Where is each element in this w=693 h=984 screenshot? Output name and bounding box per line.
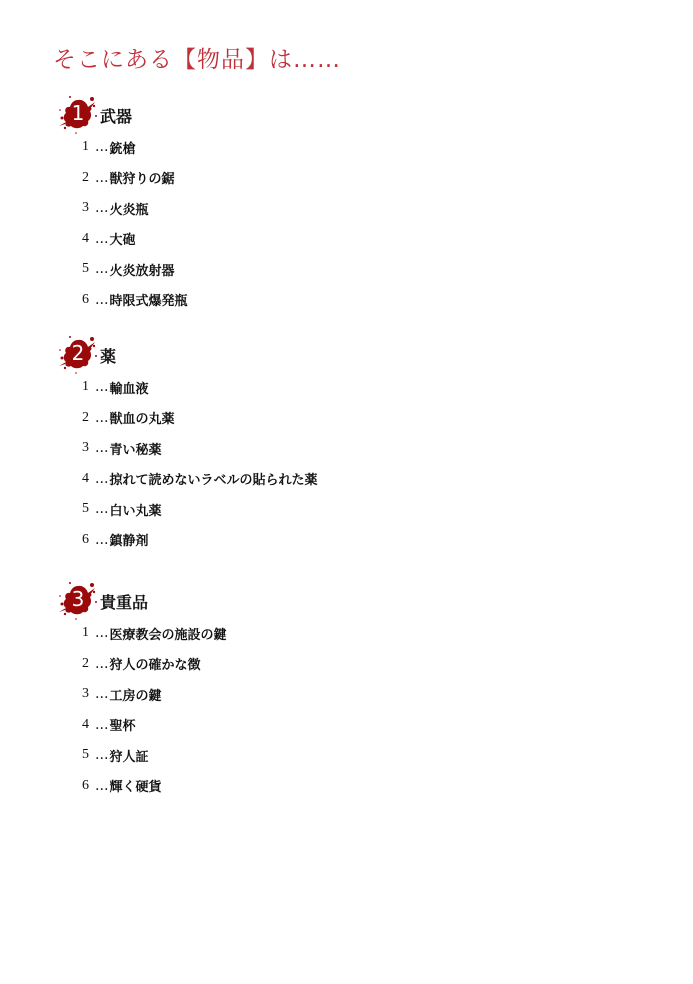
list-item: 1…銃槍 (82, 132, 188, 163)
ellipsis-separator: … (95, 261, 109, 277)
item-number: 2 (82, 410, 95, 426)
list-item: 6…時限式爆発瓶 (82, 285, 188, 316)
item-name: 獣血の丸薬 (110, 408, 175, 427)
item-number: 1 (82, 379, 95, 395)
list-item: 5…狩人証 (82, 740, 227, 771)
item-name: 獣狩りの鋸 (110, 168, 175, 187)
item-name: 輸血液 (110, 378, 149, 397)
blood-splatter-icon: 1 (56, 92, 100, 136)
item-name: 青い秘薬 (110, 439, 162, 458)
list-item: 6…輝く硬貨 (82, 771, 227, 802)
item-number: 1 (82, 625, 95, 641)
section-title: 武器 (100, 104, 132, 127)
list-item: 3…火炎瓶 (82, 193, 188, 224)
ellipsis-separator: … (95, 686, 109, 702)
list-item: 2…獣血の丸薬 (82, 403, 318, 434)
item-number: 5 (82, 501, 95, 517)
ellipsis-separator: … (95, 778, 109, 794)
item-number: 3 (82, 200, 95, 216)
item-name: 鎮静剤 (110, 530, 149, 549)
page-title: そこにある【物品】は…… (53, 41, 341, 74)
item-name: 輝く硬貨 (110, 776, 162, 795)
item-name: 工房の鍵 (110, 685, 162, 704)
section-title: 薬 (100, 344, 116, 367)
blood-splatter-icon: 2 (56, 332, 100, 376)
section-number: 2 (66, 340, 90, 366)
ellipsis-separator: … (95, 292, 109, 308)
list-item: 4…大砲 (82, 224, 188, 255)
ellipsis-separator: … (95, 471, 109, 487)
item-number: 6 (82, 778, 95, 794)
item-number: 5 (82, 261, 95, 277)
list-item: 6…鎮静剤 (82, 525, 318, 556)
item-number: 6 (82, 292, 95, 308)
item-name: 白い丸薬 (110, 500, 162, 519)
item-name: 狩人の確かな徴 (110, 654, 201, 673)
blood-splatter-icon: 3 (56, 578, 100, 622)
ellipsis-separator: … (95, 379, 109, 395)
list-item: 1…医療教会の施設の鍵 (82, 618, 227, 649)
item-name: 狩人証 (110, 746, 149, 765)
ellipsis-separator: … (95, 410, 109, 426)
item-list: 1…銃槍2…獣狩りの鋸3…火炎瓶4…大砲5…火炎放射器6…時限式爆発瓶 (82, 132, 188, 315)
item-number: 2 (82, 656, 95, 672)
item-number: 4 (82, 471, 95, 487)
section-number: 3 (66, 586, 90, 612)
item-number: 5 (82, 747, 95, 763)
list-item: 5…白い丸薬 (82, 494, 318, 525)
item-number: 4 (82, 717, 95, 733)
ellipsis-separator: … (95, 532, 109, 548)
ellipsis-separator: … (95, 231, 109, 247)
item-number: 3 (82, 686, 95, 702)
ellipsis-separator: … (95, 501, 109, 517)
item-number: 1 (82, 139, 95, 155)
list-item: 3…青い秘薬 (82, 433, 318, 464)
item-name: 掠れて読めないラベルの貼られた薬 (110, 469, 318, 488)
ellipsis-separator: … (95, 717, 109, 733)
list-item: 2…獣狩りの鋸 (82, 163, 188, 194)
ellipsis-separator: … (95, 656, 109, 672)
item-number: 2 (82, 170, 95, 186)
item-name: 火炎瓶 (110, 199, 149, 218)
item-list: 1…医療教会の施設の鍵2…狩人の確かな徴3…工房の鍵4…聖杯5…狩人証6…輝く硬… (82, 618, 227, 801)
item-name: 大砲 (110, 229, 136, 248)
item-name: 銃槍 (110, 138, 136, 157)
ellipsis-separator: … (95, 139, 109, 155)
list-item: 5…火炎放射器 (82, 254, 188, 285)
item-list: 1…輸血液2…獣血の丸薬3…青い秘薬4…掠れて読めないラベルの貼られた薬5…白い… (82, 372, 318, 555)
list-item: 3…工房の鍵 (82, 679, 227, 710)
item-name: 時限式爆発瓶 (110, 290, 188, 309)
ellipsis-separator: … (95, 200, 109, 216)
ellipsis-separator: … (95, 747, 109, 763)
list-item: 1…輸血液 (82, 372, 318, 403)
item-number: 6 (82, 532, 95, 548)
list-item: 2…狩人の確かな徴 (82, 649, 227, 680)
item-name: 聖杯 (110, 715, 136, 734)
ellipsis-separator: … (95, 170, 109, 186)
item-number: 4 (82, 231, 95, 247)
ellipsis-separator: … (95, 625, 109, 641)
list-item: 4…掠れて読めないラベルの貼られた薬 (82, 464, 318, 495)
ellipsis-separator: … (95, 440, 109, 456)
item-number: 3 (82, 440, 95, 456)
section-number: 1 (66, 100, 90, 126)
section-title: 貴重品 (100, 590, 148, 613)
list-item: 4…聖杯 (82, 710, 227, 741)
item-name: 火炎放射器 (110, 260, 175, 279)
item-name: 医療教会の施設の鍵 (110, 624, 227, 643)
